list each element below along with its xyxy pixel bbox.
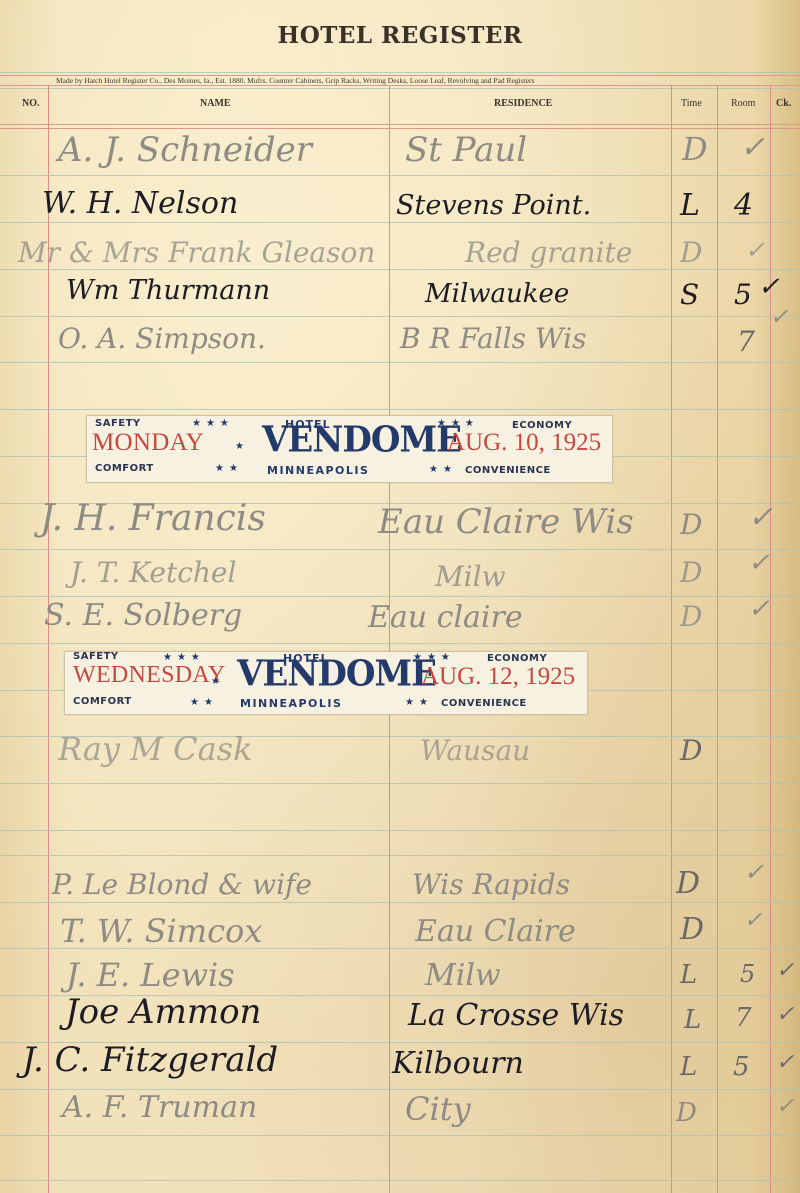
entry-check: ✓ [744, 908, 762, 933]
entry-time: L [680, 188, 700, 223]
entry-time: D [680, 556, 702, 589]
entry-name: J. E. Lewis [66, 956, 235, 994]
entry-room: 5 [740, 960, 755, 988]
entry-name: Ray M Cask [58, 730, 252, 768]
stamp-day: WEDNESDAY [73, 662, 225, 689]
column-divider [717, 86, 718, 1193]
entry-check: ✓ [770, 305, 788, 330]
entry-name: T. W. Simcox [60, 912, 262, 950]
stamp-date: AUG. 12, 1925 [421, 663, 575, 691]
star-icon: ★★★ [413, 652, 455, 663]
rule [0, 85, 800, 86]
col-name: NAME [200, 98, 231, 109]
entry-time: D [676, 866, 700, 901]
col-residence: RESIDENCE [494, 98, 552, 109]
entry-name: Wm Thurmann [66, 275, 270, 306]
entry-time: D [682, 130, 708, 168]
entry-residence: Eau Claire [415, 914, 576, 949]
star-icon: ★★ [215, 463, 243, 474]
entry-residence: Wis Rapids [412, 868, 570, 901]
entry-residence: La Crosse Wis [408, 998, 624, 1033]
entry-check: ✓ [776, 958, 794, 983]
entry-check: ✓ [745, 236, 765, 264]
star-icon: ★★ [190, 697, 218, 708]
entry-room: 7 [737, 325, 755, 358]
entry-time: D [680, 508, 702, 541]
col-room: Room [731, 98, 755, 109]
entry-time: L [684, 1005, 701, 1035]
entry-room: 4 [734, 188, 753, 223]
stamp-hotel-name: VENDOME [262, 419, 461, 461]
rule [0, 88, 800, 89]
star-icon: ★★★ [192, 418, 234, 429]
entry-residence: Milwaukee [425, 279, 569, 309]
entry-time: D [680, 600, 702, 633]
rule [0, 72, 800, 73]
star-icon: ★★★ [437, 418, 479, 429]
entry-check: ✓ [748, 548, 770, 578]
entry-check: ✓ [748, 594, 770, 624]
entry-room: 5 [733, 1052, 750, 1082]
entry-name: J. T. Ketchel [70, 556, 236, 589]
entry-residence: City [405, 1090, 471, 1128]
rule [0, 128, 800, 129]
col-ck: Ck. [776, 98, 791, 109]
maker-imprint: Made by Hatch Hotel Register Co., Des Mo… [56, 76, 534, 85]
entry-time: D [676, 1098, 697, 1128]
entry-residence: Stevens Point. [396, 190, 591, 221]
column-divider [389, 86, 390, 1193]
register-page: HOTEL REGISTER Made by Hatch Hotel Regis… [0, 0, 800, 1193]
entry-residence: St Paul [405, 130, 527, 170]
entry-name: A. F. Truman [62, 1090, 257, 1125]
entry-name: W. H. Nelson [42, 186, 238, 221]
entry-name: Mr & Mrs Frank Gleason [18, 236, 375, 269]
entry-check: ✓ [776, 1050, 794, 1075]
entry-time: D [680, 734, 702, 767]
entry-check: ✓ [776, 1094, 794, 1119]
star-icon: ★★ [429, 464, 457, 475]
entry-residence: Milw [425, 958, 501, 993]
rule [0, 124, 800, 125]
star-icon: ★ [211, 676, 225, 687]
entry-residence: Red granite [465, 236, 632, 269]
page-title: HOTEL REGISTER [0, 22, 800, 49]
col-no: NO. [22, 98, 40, 109]
entry-residence: Wausau [420, 734, 530, 767]
stamp-day: MONDAY [92, 429, 204, 457]
entry-residence: Milw [435, 560, 506, 593]
entry-check: ✓ [776, 1002, 794, 1027]
entry-check: ✓ [758, 272, 780, 302]
entry-name: A. J. Schneider [58, 130, 312, 170]
entry-name: O. A. Simpson. [58, 322, 266, 355]
entry-time: D [680, 236, 702, 269]
col-time: Time [681, 98, 702, 109]
entry-room: 5 [734, 278, 752, 311]
entry-name: J. C. Fitzgerald [22, 1040, 278, 1080]
entry-name: Joe Ammon [65, 992, 261, 1032]
star-icon: ★ [235, 441, 249, 452]
column-divider [671, 86, 672, 1193]
entry-room: 7 [735, 1003, 752, 1033]
star-icon: ★★ [405, 697, 433, 708]
entry-time: D [680, 912, 704, 947]
entry-name: J. H. Francis [40, 498, 266, 539]
date-stamp-monday: SAFETY ★★★ MONDAY ★ COMFORT ★★ HOTEL VEN… [86, 415, 613, 483]
entry-time: L [680, 960, 697, 990]
entry-name: S. E. Solberg [44, 598, 242, 633]
entry-residence: Eau claire [368, 600, 523, 635]
entry-name: P. Le Blond & wife [52, 868, 312, 901]
stamp-date: AUG. 10, 1925 [447, 429, 601, 457]
entry-check: ✓ [744, 858, 764, 886]
entry-time: S [680, 278, 699, 311]
column-divider [770, 86, 771, 1193]
entry-check: ✓ [748, 500, 773, 535]
stamp-hotel-name: VENDOME [237, 653, 436, 695]
entry-residence: B R Falls Wis [400, 322, 586, 355]
entry-check: ✓ [740, 130, 765, 165]
entry-residence: Kilbourn [392, 1046, 524, 1081]
date-stamp-wednesday: SAFETY ★★★ WEDNESDAY ★ COMFORT ★★ HOTEL … [64, 651, 588, 715]
entry-time: L [680, 1052, 697, 1082]
entry-residence: Eau Claire Wis [378, 502, 634, 542]
